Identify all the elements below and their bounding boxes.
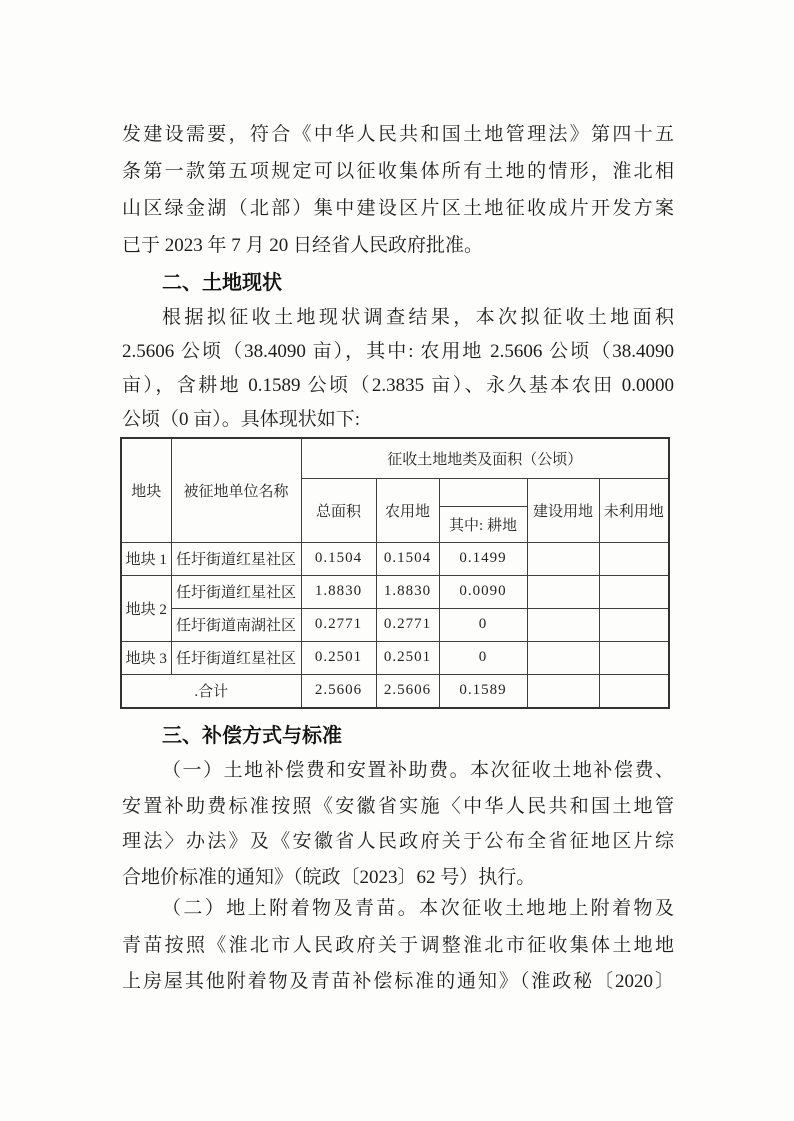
text-line: 合地价标准的通知》（皖政〔2023〕62 号）执行。 [122,860,674,896]
cell-total: 0.2771 [301,608,376,641]
header-unused: 未利用地 [599,478,669,542]
table-total-row: .合计 2.5606 2.5606 0.1589 [121,674,669,708]
cell-unused [599,674,669,708]
cell-plot: 地块 3 [121,641,171,674]
cell-unused [599,542,669,575]
table-row-plot2b: 任圩街道南湖社区 0.2771 0.2771 0 [121,608,669,641]
header-total-area: 总面积 [301,478,376,542]
header-plot: 地块 [121,438,171,542]
text-line: 条第一款第五项规定可以征收集体所有土地的情形，淮北相 [122,153,674,190]
text-line: （一）土地补偿费和安置补助费。本次征收土地补偿费、 [122,753,674,789]
cell-agricultural: 0.2501 [376,641,439,674]
section2-heading: 二、土地现状 [122,266,674,300]
header-construction: 建设用地 [527,478,599,542]
header-group: 征收土地地类及面积（公顷） [301,438,669,478]
cell-cultivated: 0 [439,641,527,674]
cell-total: 2.5606 [301,674,376,708]
cell-unit: 任圩街道红星社区 [171,575,301,608]
cell-plot: 地块 1 [121,542,171,575]
header-unit: 被征地单位名称 [171,438,301,542]
cell-unit: 任圩街道红星社区 [171,641,301,674]
cell-agricultural: 0.2771 [376,608,439,641]
text-line: 发建设需要，符合《中华人民共和国土地管理法》第四十五 [122,116,674,153]
cell-construction [527,674,599,708]
text-line: 亩），含耕地 0.1589 公顷（2.3835 亩）、永久基本农田 0.0000 [122,369,674,403]
text-line: 公顷（0 亩）。具体现状如下: [122,403,674,437]
paragraph-compensation-1: （一）土地补偿费和安置补助费。本次征收土地补偿费、 安置补助费标准按照《安徽省实… [122,753,674,895]
cell-unit: 任圩街道南湖社区 [171,608,301,641]
table-header-row: 地块 被征地单位名称 征收土地地类及面积（公顷） [121,438,669,478]
table-row-plot1: 地块 1 任圩街道红星社区 0.1504 0.1504 0.1499 [121,542,669,575]
cell-cultivated: 0.1499 [439,542,527,575]
text-line: （二）地上附着物及青苗。本次征收土地地上附着物及 [122,891,674,928]
table-row-plot2a: 地块 2 任圩街道红星社区 1.8830 1.8830 0.0090 [121,575,669,608]
paragraph-intro: 发建设需要，符合《中华人民共和国土地管理法》第四十五 条第一款第五项规定可以征收… [122,116,674,264]
cell-cultivated: 0.1589 [439,674,527,708]
cell-agricultural: 0.1504 [376,542,439,575]
text-line: 青苗按照《淮北市人民政府关于调整淮北市征收集体土地地 [122,928,674,965]
section3-heading: 三、补偿方式与标准 [122,719,674,753]
land-status-table: 地块 被征地单位名称 征收土地地类及面积（公顷） 总面积 农用地 建设用地 未利… [120,437,670,709]
text-line: 理法〉办法》及《安徽省人民政府关于公布全省征地区片综 [122,824,674,860]
cell-agricultural: 1.8830 [376,575,439,608]
cell-unit: 任圩街道红星社区 [171,542,301,575]
cell-total: 1.8830 [301,575,376,608]
paragraph-land-status: 根据拟征收土地现状调查结果，本次拟征收土地面积 2.5606 公顷（38.409… [122,301,674,437]
cell-construction [527,641,599,674]
cell-cultivated: 0.0090 [439,575,527,608]
text-line: 根据拟征收土地现状调查结果，本次拟征收土地面积 [122,301,674,335]
header-agricultural: 农用地 [376,478,439,542]
scanned-document-page: 发建设需要，符合《中华人民共和国土地管理法》第四十五 条第一款第五项规定可以征收… [0,0,794,1121]
text-line: 山区绿金湖（北部）集中建设区片区土地征收成片开发方案 [122,190,674,227]
text-line: 2.5606 公顷（38.4090 亩），其中: 农用地 2.5606 公顷（3… [122,335,674,369]
cell-unused [599,641,669,674]
text-line: 安置补助费标准按照《安徽省实施〈中华人民共和国土地管 [122,789,674,825]
cell-cultivated: 0 [439,608,527,641]
cell-construction [527,608,599,641]
cell-agricultural: 2.5606 [376,674,439,708]
header-cultivated: 其中: 耕地 [439,506,527,542]
cell-total: 0.2501 [301,641,376,674]
cell-unused [599,575,669,608]
cell-unused [599,608,669,641]
cell-total-label: .合计 [121,674,301,708]
text-line: 已于 2023 年 7 月 20 日经省人民政府批准。 [122,227,674,264]
cell-construction [527,575,599,608]
text-line: 上房屋其他附着物及青苗补偿标准的通知》（淮政秘〔2020〕 [122,964,674,1001]
header-cultivated-spacer [439,478,527,506]
paragraph-compensation-2: （二）地上附着物及青苗。本次征收土地地上附着物及 青苗按照《淮北市人民政府关于调… [122,891,674,1001]
cell-total: 0.1504 [301,542,376,575]
table-row-plot3: 地块 3 任圩街道红星社区 0.2501 0.2501 0 [121,641,669,674]
cell-plot: 地块 2 [121,575,171,641]
cell-construction [527,542,599,575]
